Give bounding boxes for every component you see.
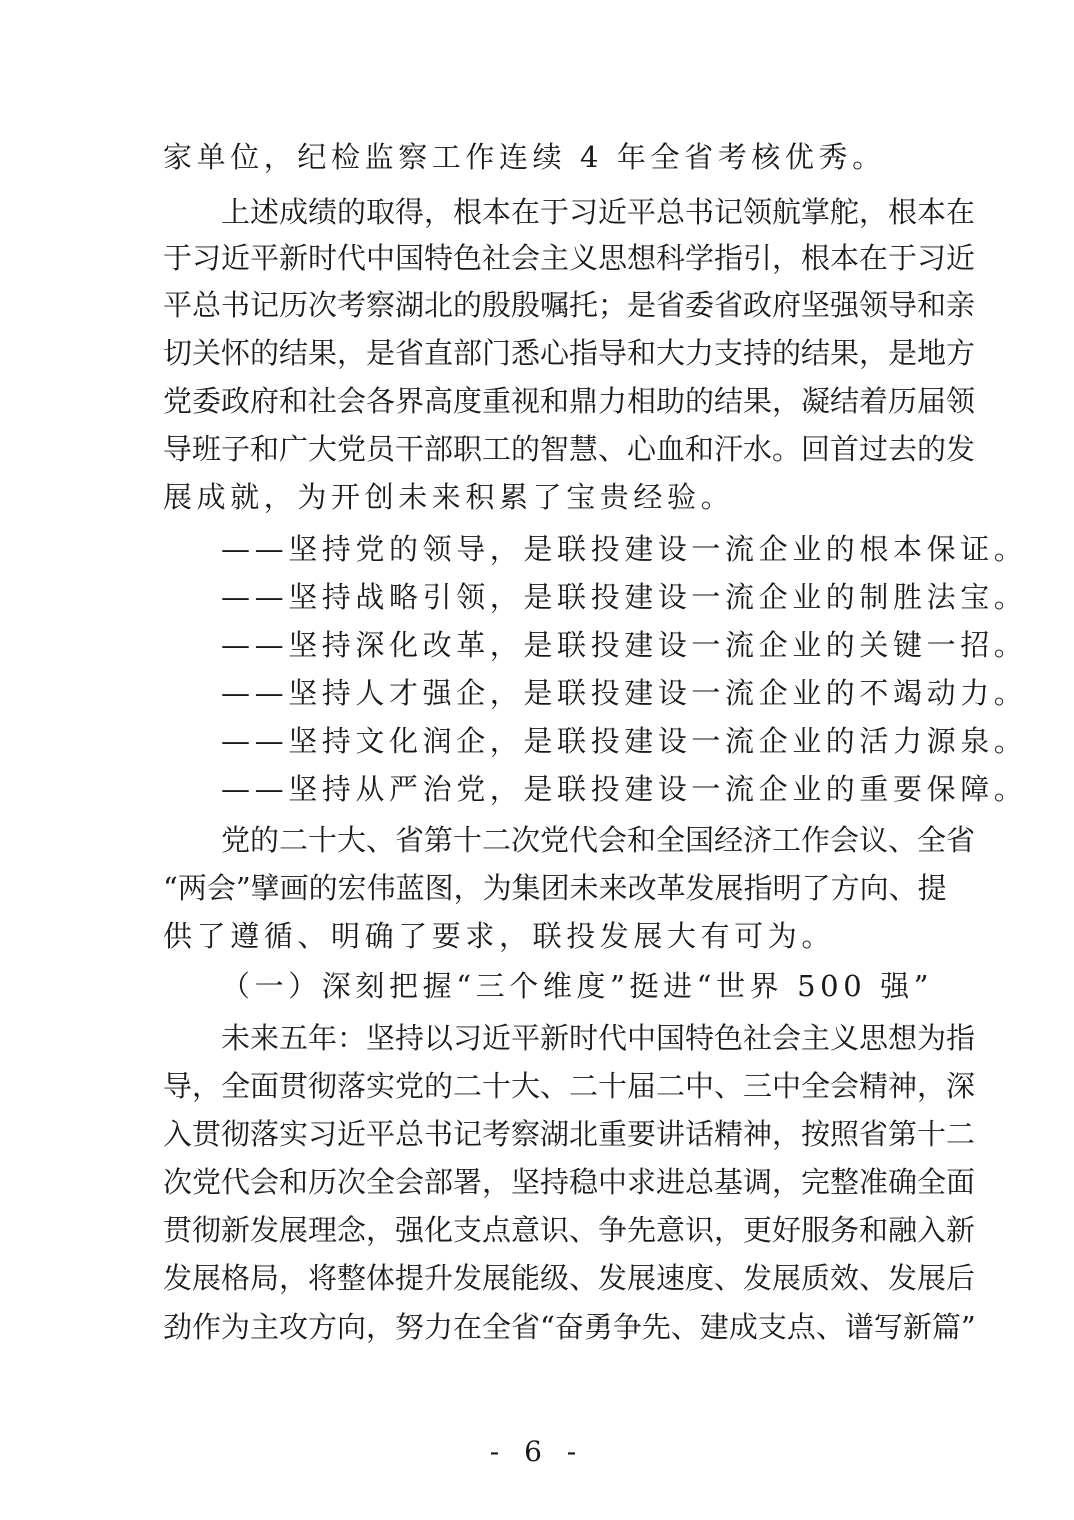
paragraph-line: 党的二十大、省第十二次党代会和全国经济工作会议、全省 <box>221 818 915 862</box>
text-line: 贯彻新发展理念，强化支点意识、争先意识，更好服务和融入新 <box>163 1208 915 1252</box>
text-line: 次党代会和历次全会部署，坚持稳中求进总基调，完整准确全面 <box>163 1160 915 1204</box>
text-line: 切关怀的结果，是省直部门悉心指导和大力支持的结果，是地方 <box>163 331 915 375</box>
principle-item: ——坚持党的领导，是联投建设一流企业的根本保证。 <box>221 527 1027 571</box>
text-line: 平总书记历次考察湖北的殷殷嘱托；是省委省政府坚强领导和亲 <box>163 283 915 327</box>
principle-item: ——坚持深化改革，是联投建设一流企业的关键一招。 <box>221 623 1027 667</box>
page-number: - 6 - <box>0 1432 1074 1472</box>
text-line: 导班子和广大党员干部职工的智慧、心血和汗水。回首过去的发 <box>163 427 915 471</box>
text-line: 党委政府和社会各界高度重视和鼎力相助的结果，凝结着历届领 <box>163 379 915 423</box>
text-line: 发展格局，将整体提升发展能级、发展速度、发展质效、发展后 <box>163 1256 915 1300</box>
text-line: 入贯彻落实习近平总书记考察湖北重要讲话精神，按照省第十二 <box>163 1112 915 1156</box>
principle-item: ——坚持文化润企，是联投建设一流企业的活力源泉。 <box>221 719 1027 763</box>
text-line: 于习近平新时代中国特色社会主义思想科学指引，根本在于习近 <box>163 236 915 280</box>
text-line: 供了遵循、明确了要求，联投发展大有可为。 <box>163 914 835 958</box>
text-line: 劲作为主攻方向，努力在全省“奋勇争先、建成支点、谱写新篇” <box>163 1305 915 1349</box>
principle-item: ——坚持战略引领，是联投建设一流企业的制胜法宝。 <box>221 575 1027 619</box>
paragraph-line: 上述成绩的取得，根本在于习近平总书记领航掌舵，根本在 <box>221 190 915 234</box>
paragraph-line: 未来五年：坚持以习近平新时代中国特色社会主义思想为指 <box>221 1016 915 1060</box>
text-line: 家单位，纪检监察工作连续 4 年全省考核优秀。 <box>163 135 886 179</box>
text-line: 展成就，为开创未来积累了宝贵经验。 <box>163 475 734 519</box>
principle-item: ——坚持从严治党，是联投建设一流企业的重要保障。 <box>221 767 1027 811</box>
section-heading: （一）深刻把握“三个维度”挺进“世界 500 强” <box>221 964 933 1008</box>
principle-item: ——坚持人才强企，是联投建设一流企业的不竭动力。 <box>221 671 1027 715</box>
text-line: “两会”擘画的宏伟蓝图，为集团未来改革发展指明了方向、提 <box>163 866 915 910</box>
text-line: 导，全面贯彻落实党的二十大、二十届二中、三中全会精神，深 <box>163 1064 915 1108</box>
